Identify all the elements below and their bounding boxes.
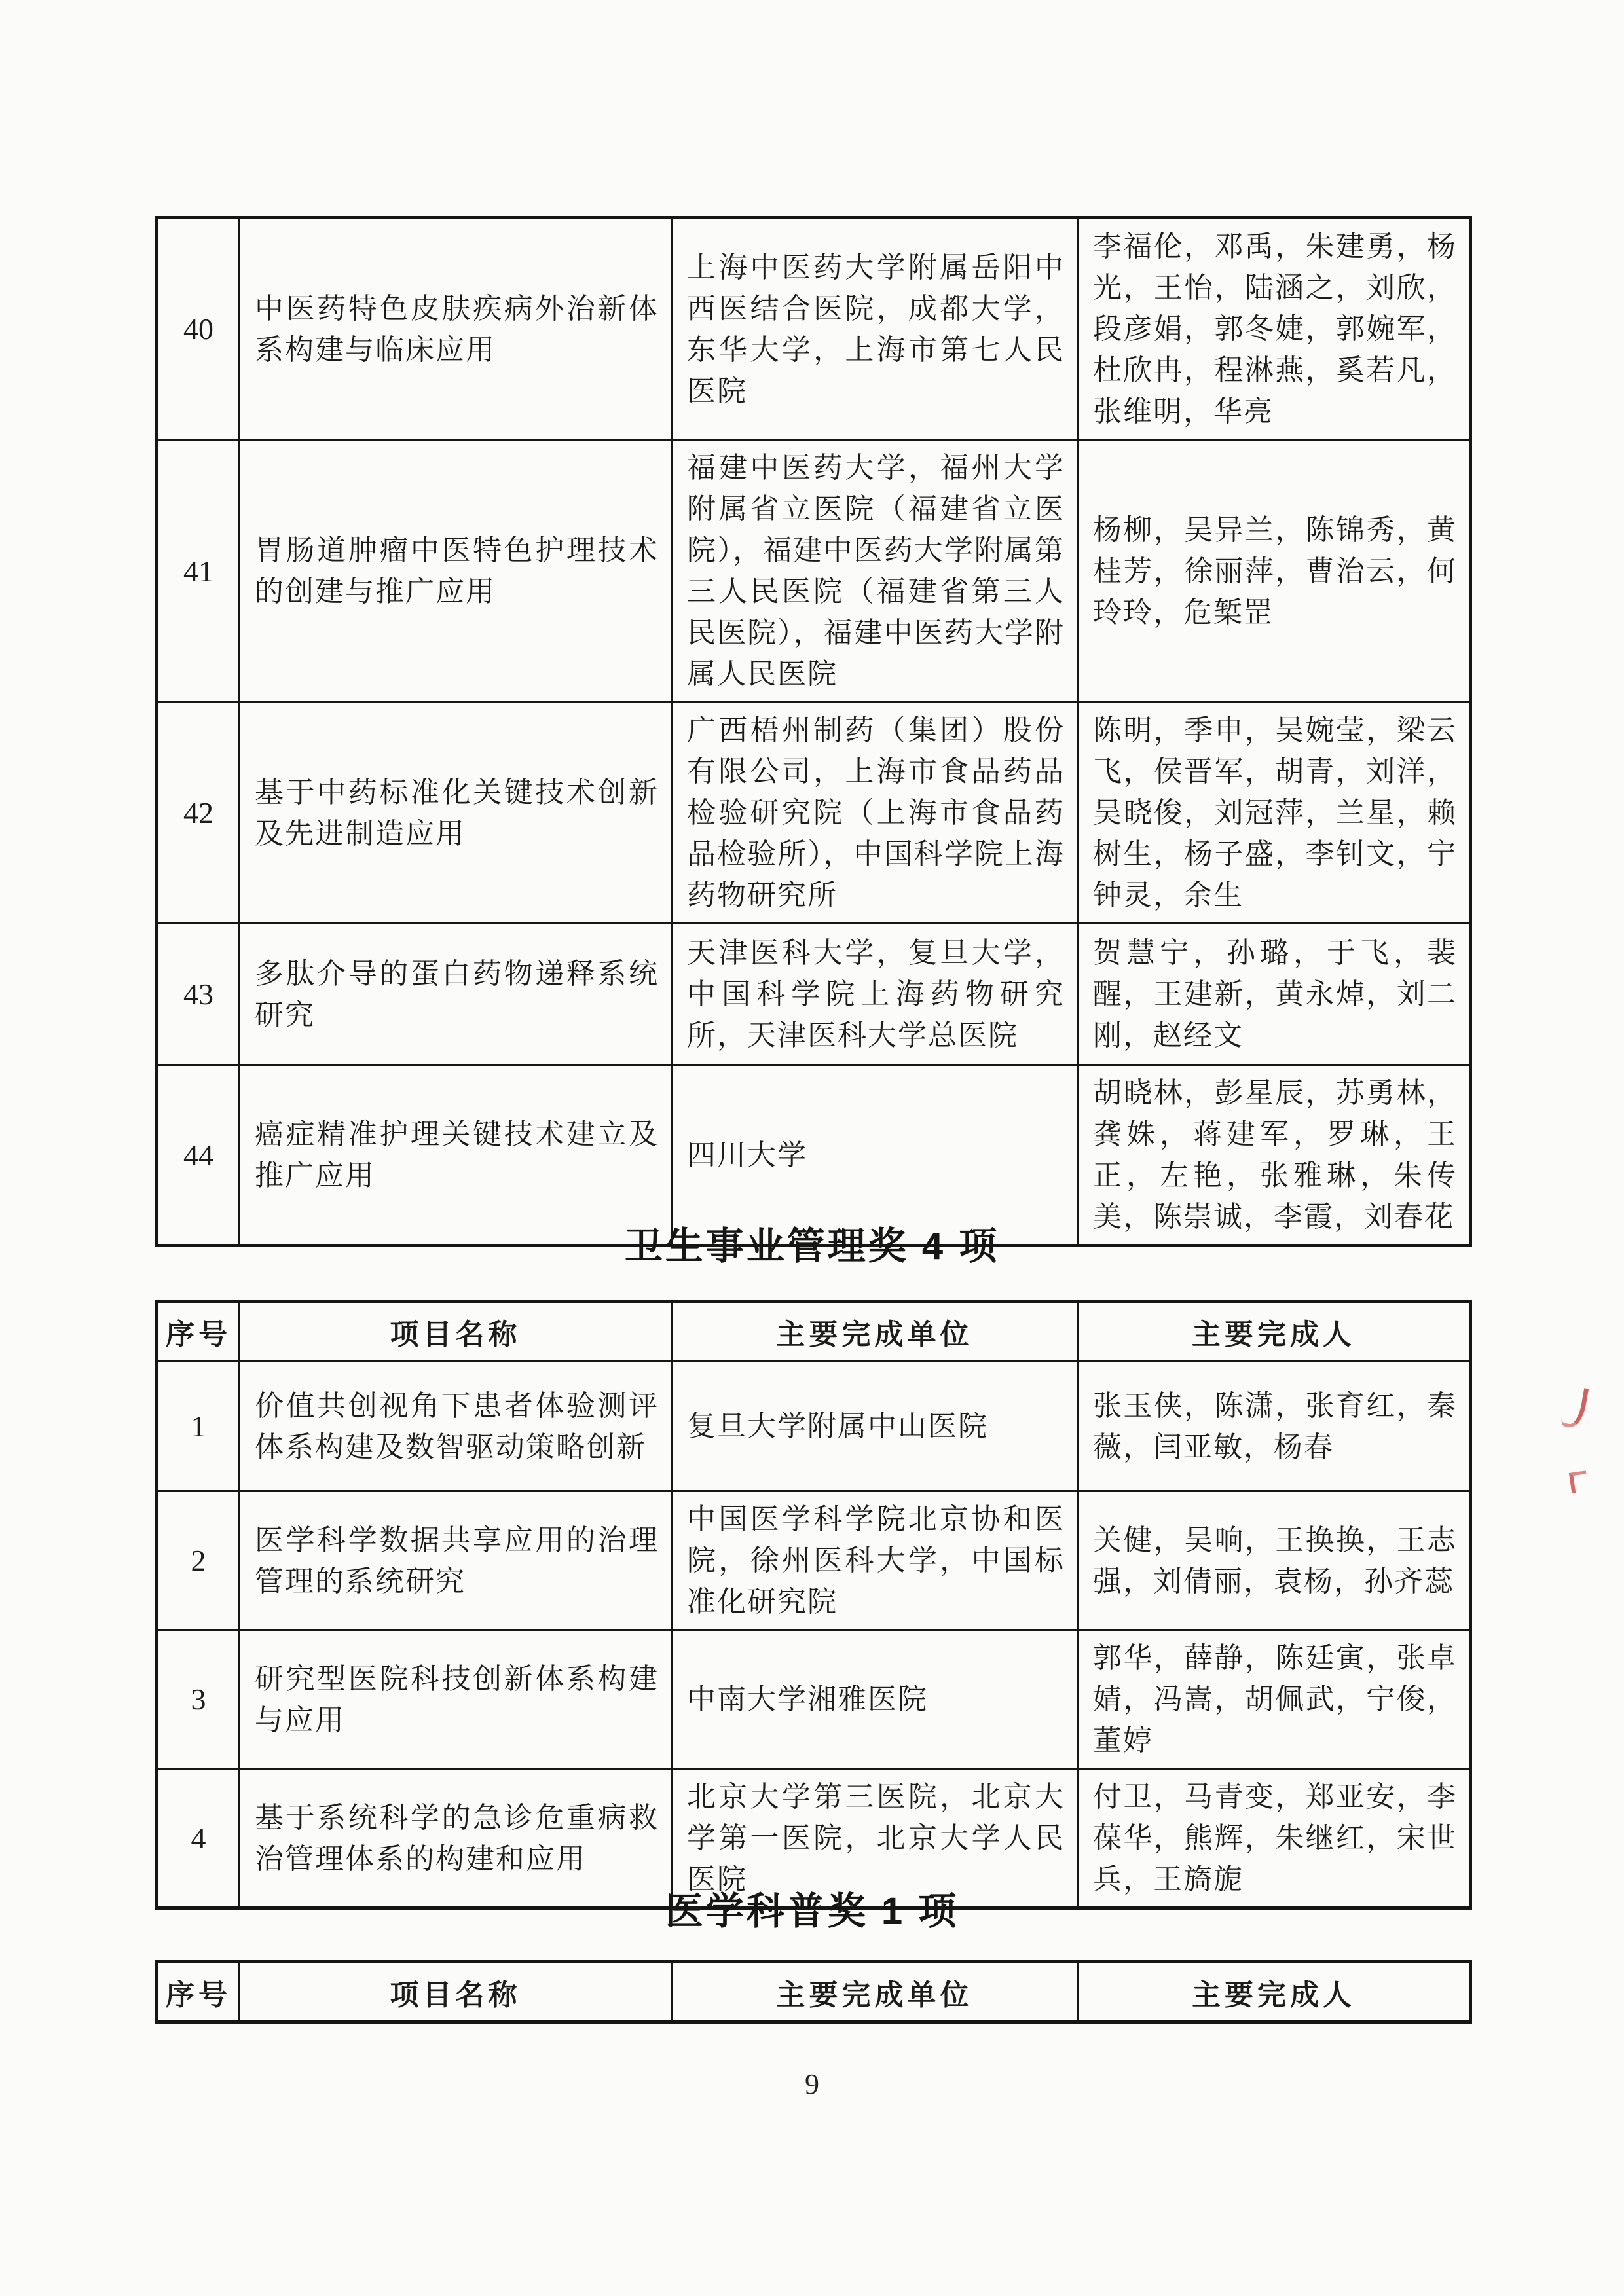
page-number: 9: [0, 2068, 1624, 2101]
project-name: 基于中药标准化关键技术创新及先进制造应用: [240, 702, 672, 924]
column-header-seq: 序号: [157, 1962, 240, 2022]
main-contributors: 杨柳，吴异兰，陈锦秀，黄桂芳，徐丽萍，曹治云，何玲玲，危椠罡: [1078, 440, 1471, 702]
table-header-row: 序号 项目名称 主要完成单位 主要完成人: [157, 1962, 1471, 2022]
table-row: 43 多肽介导的蛋白药物递释系统研究 天津医科大学，复旦大学，中国科学院上海药物…: [157, 924, 1471, 1065]
main-contributors: 关健，吴响，王换换，王志强，刘倩丽，袁杨，孙齐蕊: [1078, 1491, 1471, 1630]
column-header-organizations: 主要完成单位: [672, 1302, 1078, 1362]
main-organizations: 中国医学科学院北京协和医院，徐州医科大学，中国标准化研究院: [672, 1491, 1078, 1630]
row-number: 2: [157, 1491, 240, 1630]
main-organizations: 天津医科大学，复旦大学，中国科学院上海药物研究所，天津医科大学总医院: [672, 924, 1078, 1065]
red-ink-artifact: [1560, 1385, 1589, 1430]
project-name: 研究型医院科技创新体系构建与应用: [240, 1630, 672, 1769]
main-contributors: 郭华，薛静，陈廷寅，张卓婧，冯嵩，胡佩武，宁俊，董婷: [1078, 1630, 1471, 1769]
table-row: 2 医学科学数据共享应用的治理管理的系统研究 中国医学科学院北京协和医院，徐州医…: [157, 1491, 1471, 1630]
column-header-seq: 序号: [157, 1302, 240, 1362]
column-header-project: 项目名称: [240, 1962, 672, 2022]
science-popularization-award-table: 序号 项目名称 主要完成单位 主要完成人: [155, 1960, 1472, 2024]
row-number: 41: [157, 440, 240, 702]
main-contributors: 陈明，季申，吴婉莹，梁云飞，侯晋军，胡青，刘洋，吴晓俊，刘冠萍，兰星，赖树生，杨…: [1078, 702, 1471, 924]
table-row: 3 研究型医院科技创新体系构建与应用 中南大学湘雅医院 郭华，薛静，陈廷寅，张卓…: [157, 1630, 1471, 1769]
table-row: 41 胃肠道肿瘤中医特色护理技术的创建与推广应用 福建中医药大学，福州大学附属省…: [157, 440, 1471, 702]
main-organizations: 福建中医药大学，福州大学附属省立医院（福建省立医院），福建中医药大学附属第三人民…: [672, 440, 1078, 702]
main-organizations: 广西梧州制药（集团）股份有限公司，上海市食品药品检验研究院（上海市食品药品检验所…: [672, 702, 1078, 924]
row-number: 43: [157, 924, 240, 1065]
project-name: 中医药特色皮肤疾病外治新体系构建与临床应用: [240, 218, 672, 440]
project-name: 价值共创视角下患者体验测评体系构建及数智驱动策略创新: [240, 1362, 672, 1491]
main-organizations: 上海中医药大学附属岳阳中西医结合医院，成都大学，东华大学，上海市第七人民医院: [672, 218, 1078, 440]
red-ink-artifact: [1569, 1470, 1589, 1493]
column-header-contributors: 主要完成人: [1078, 1962, 1471, 2022]
award-table-continued: 40 中医药特色皮肤疾病外治新体系构建与临床应用 上海中医药大学附属岳阳中西医结…: [155, 216, 1472, 1247]
table-header-row: 序号 项目名称 主要完成单位 主要完成人: [157, 1302, 1471, 1362]
main-contributors: 李福伦，邓禹，朱建勇，杨光，王怡，陆涵之，刘欣，段彦娟，郭冬婕，郭婉军，杜欣冉，…: [1078, 218, 1471, 440]
row-number: 42: [157, 702, 240, 924]
health-management-award-table: 序号 项目名称 主要完成单位 主要完成人 1 价值共创视角下患者体验测评体系构建…: [155, 1300, 1472, 1910]
row-number: 1: [157, 1362, 240, 1491]
column-header-contributors: 主要完成人: [1078, 1302, 1471, 1362]
project-name: 胃肠道肿瘤中医特色护理技术的创建与推广应用: [240, 440, 672, 702]
project-name: 医学科学数据共享应用的治理管理的系统研究: [240, 1491, 672, 1630]
table-row: 1 价值共创视角下患者体验测评体系构建及数智驱动策略创新 复旦大学附属中山医院 …: [157, 1362, 1471, 1491]
table-row: 42 基于中药标准化关键技术创新及先进制造应用 广西梧州制药（集团）股份有限公司…: [157, 702, 1471, 924]
main-contributors: 张玉侠，陈潇，张育红，秦薇，闫亚敏，杨春: [1078, 1362, 1471, 1491]
section-heading-science-popularization: 医学科普奖 1 项: [0, 1880, 1624, 1935]
column-header-organizations: 主要完成单位: [672, 1962, 1078, 2022]
main-organizations: 中南大学湘雅医院: [672, 1630, 1078, 1769]
section-heading-health-management: 卫生事业管理奖 4 项: [0, 1215, 1624, 1270]
row-number: 40: [157, 218, 240, 440]
document-page: 40 中医药特色皮肤疾病外治新体系构建与临床应用 上海中医药大学附属岳阳中西医结…: [0, 0, 1624, 2296]
column-header-project: 项目名称: [240, 1302, 672, 1362]
project-name: 多肽介导的蛋白药物递释系统研究: [240, 924, 672, 1065]
main-contributors: 贺慧宁，孙璐，于飞，裴醒，王建新，黄永焯，刘二刚，赵经文: [1078, 924, 1471, 1065]
table-row: 40 中医药特色皮肤疾病外治新体系构建与临床应用 上海中医药大学附属岳阳中西医结…: [157, 218, 1471, 440]
row-number: 3: [157, 1630, 240, 1769]
main-organizations: 复旦大学附属中山医院: [672, 1362, 1078, 1491]
